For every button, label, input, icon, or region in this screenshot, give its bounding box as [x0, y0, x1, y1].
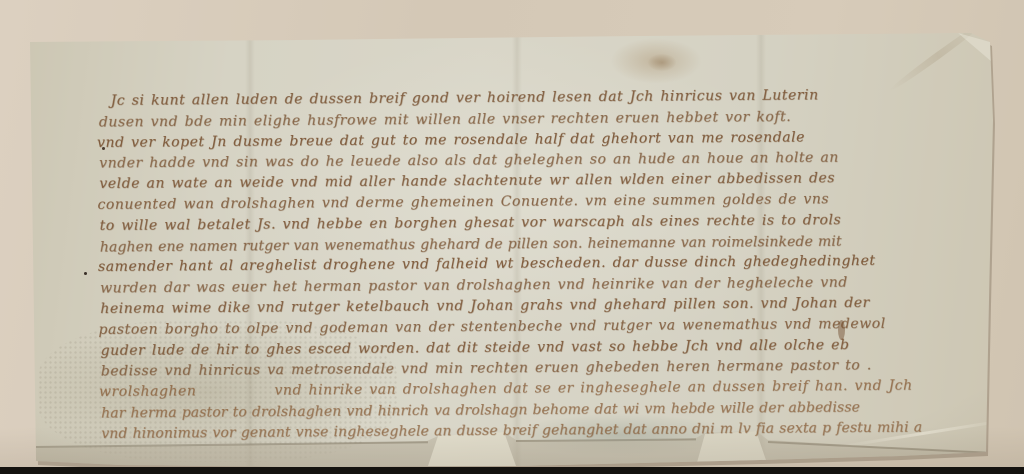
- stain: [610, 38, 702, 84]
- stain: [648, 54, 676, 71]
- manuscript-text: Jc si kunt allen luden de dussen breif g…: [99, 84, 962, 444]
- ink-speck: [84, 272, 87, 275]
- scratch-streak: [887, 17, 988, 93]
- parchment-charter: Jc si kunt allen luden de dussen breif g…: [0, 0, 1024, 474]
- photo-of-charter: Jc si kunt allen luden de dussen breif g…: [0, 0, 1024, 474]
- scan-edge-strip: [0, 467, 1024, 474]
